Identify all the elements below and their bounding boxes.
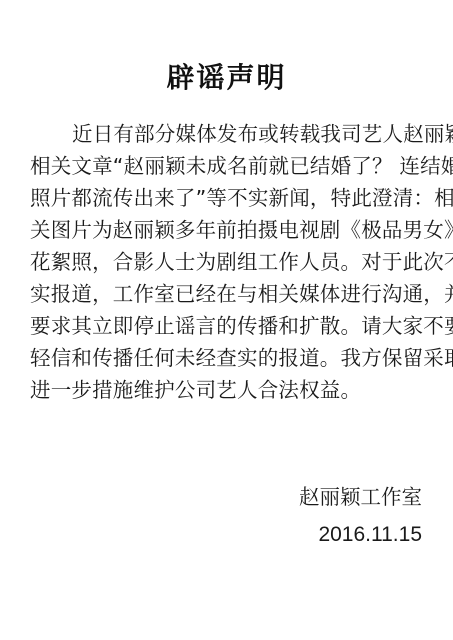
body-line: 进一步措施维护公司艺人合法权益。 xyxy=(30,374,430,406)
body-line: 照片都流传出来了”等不实新闻，特此澄清：相 xyxy=(30,182,430,214)
body-line: 近日有部分媒体发布或转载我司艺人赵丽颖 xyxy=(30,118,430,150)
body-line: 实报道，工作室已经在与相关媒体进行沟通，并 xyxy=(30,278,430,310)
body-line: 关图片为赵丽颖多年前拍摄电视剧《极品男女》 xyxy=(30,214,430,246)
body-line: 轻信和传播任何未经查实的报道。我方保留采取 xyxy=(30,342,430,374)
statement-page: 辟谣声明 近日有部分媒体发布或转载我司艺人赵丽颖 相关文章“赵丽颖未成名前就已结… xyxy=(0,0,453,640)
body-line: 花絮照，合影人士为剧组工作人员。对于此次不 xyxy=(30,246,430,278)
statement-body: 近日有部分媒体发布或转载我司艺人赵丽颖 相关文章“赵丽颖未成名前就已结婚了？ 连… xyxy=(30,118,430,406)
signature: 赵丽颖工作室 xyxy=(299,482,422,512)
body-line: 相关文章“赵丽颖未成名前就已结婚了？ 连结婚 xyxy=(30,150,430,182)
statement-date: 2016.11.15 xyxy=(318,520,422,550)
body-line: 要求其立即停止谣言的传播和扩散。请大家不要 xyxy=(30,310,430,342)
document-title: 辟谣声明 xyxy=(0,60,453,96)
